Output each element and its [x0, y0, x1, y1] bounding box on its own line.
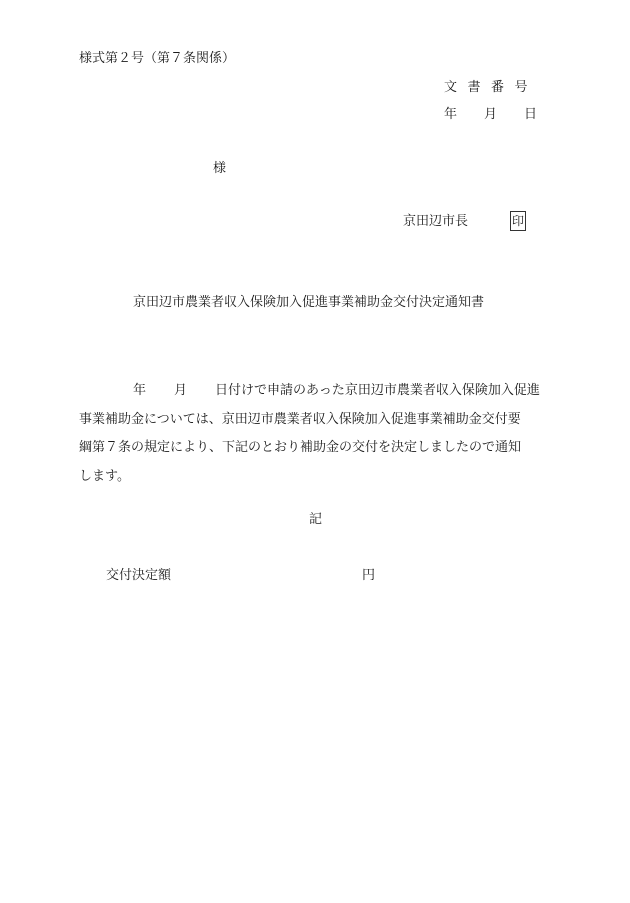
doc-number-char: 番	[491, 80, 515, 96]
document-title: 京田辺市農業者収入保険加入促進事業補助金交付決定通知書	[133, 295, 484, 311]
body-line-1: 年月日付けで申請のあった京田辺市農業者収入保険加入促進	[79, 377, 555, 406]
body-line-3: 綱第７条の規定により、下記のとおり補助金の交付を決定しましたので通知	[79, 434, 555, 463]
body-line-4: します。	[79, 463, 555, 492]
date-month: 月	[484, 107, 524, 123]
seal-stamp: 印	[510, 211, 526, 231]
grant-amount-unit: 円	[362, 568, 375, 584]
ki-heading: 記	[309, 512, 322, 528]
body-year: 年	[133, 383, 146, 398]
issue-date: 年月日	[444, 107, 537, 123]
doc-number-char: 文	[444, 80, 468, 96]
body-line-2: 事業補助金については、京田辺市農業者収入保険加入促進事業補助金交付要	[79, 406, 555, 435]
doc-number-char: 号	[515, 80, 539, 96]
grant-amount-label: 交付決定額	[106, 568, 171, 584]
body-line-1-text: 日付けで申請のあった京田辺市農業者収入保険加入促進	[215, 383, 540, 398]
body-paragraph: 年月日付けで申請のあった京田辺市農業者収入保険加入促進 事業補助金については、京…	[79, 377, 555, 491]
issuer-name: 京田辺市長	[403, 214, 468, 230]
date-year: 年	[444, 107, 484, 123]
addressee-honorific: 様	[213, 161, 226, 177]
date-day: 日	[524, 107, 537, 123]
doc-number-char: 書	[468, 80, 492, 96]
body-month: 月	[174, 383, 187, 398]
form-number: 様式第２号（第７条関係）	[79, 51, 235, 67]
document-number-label: 文書番号	[444, 80, 538, 96]
